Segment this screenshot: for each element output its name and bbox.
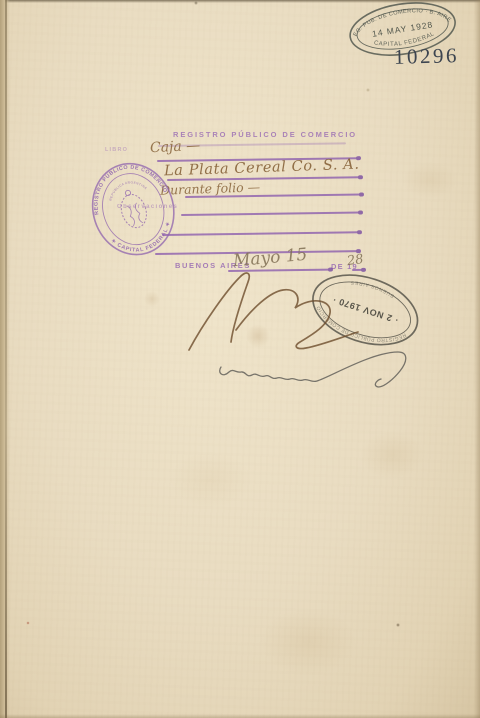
folio-number: 10296 [394, 43, 460, 70]
svg-text:REPÚBLICA ARGENTINA: REPÚBLICA ARGENTINA [104, 175, 149, 203]
svg-text:✶ CAPITAL FEDERAL ✶: ✶ CAPITAL FEDERAL ✶ [109, 219, 179, 262]
seal-inner-arc: REPÚBLICA ARGENTINA [104, 175, 149, 203]
ruled-line [181, 211, 361, 215]
nov-1970-stamp: REGISTRO PÚBLICO DE COMERCIO BUENOS AIRE… [296, 249, 436, 367]
page-edge-right [474, 0, 480, 718]
page-edge-bottom [0, 714, 480, 718]
scanned-register-page: REG. PUB. DE COMERCIO · B. AIRES CAPITAL… [0, 0, 480, 718]
binding-edge [0, 0, 10, 718]
handwritten-date: Mayo 15 [232, 245, 308, 271]
stamp-1970-date: · 2 NOV 1970 · [331, 294, 400, 325]
signature-clerk [220, 352, 406, 387]
seal-arc-bottom: ✶ CAPITAL FEDERAL ✶ [109, 219, 179, 262]
form-header: REGISTRO PÚBLICO DE COMERCIO [173, 130, 357, 139]
